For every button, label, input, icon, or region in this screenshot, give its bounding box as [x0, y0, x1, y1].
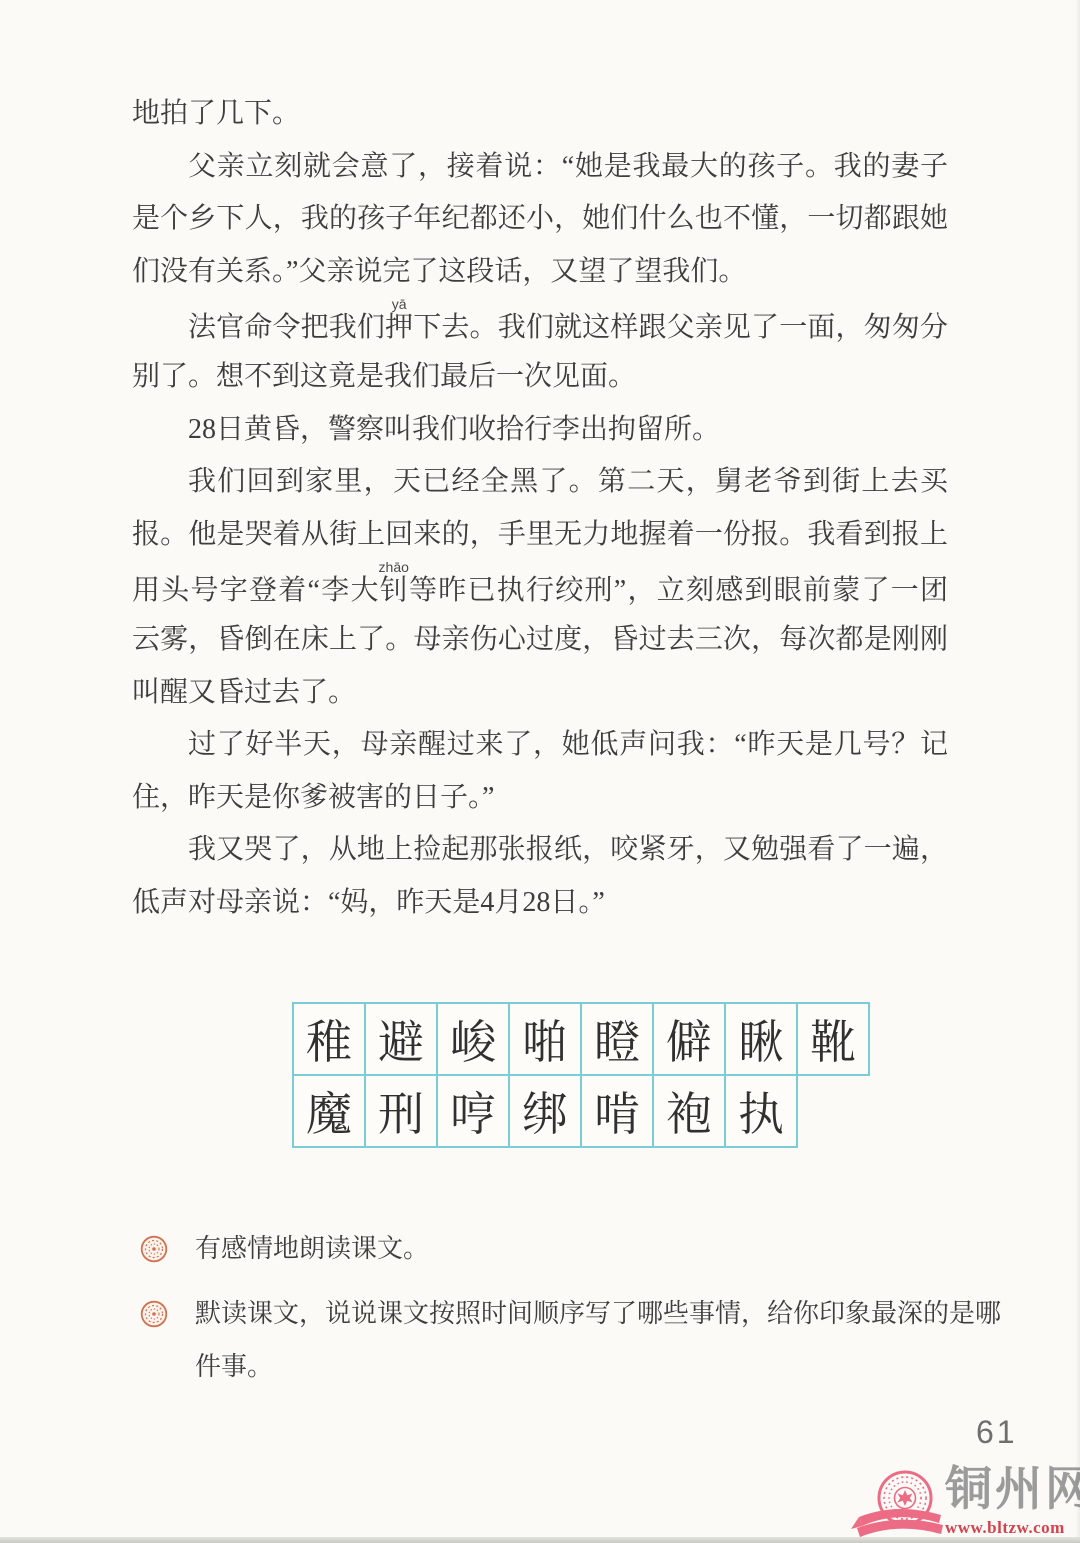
new-word-cell: 瞅 [724, 1002, 798, 1076]
text-line: 地拍了几下。 [132, 88, 948, 141]
new-word-cell: 僻 [652, 1002, 726, 1076]
new-words-grid: 稚避峻啪瞪僻瞅靴魔刑哼绑啃袍执 [292, 1002, 870, 1148]
exercise-text-line: 件事。 [195, 1340, 1017, 1393]
new-word-cell: 瞪 [580, 1002, 654, 1076]
text-line: 28日黄昏，警察叫我们收拾行李出拘留所。 [132, 404, 948, 457]
pinyin-annotated-char: 钊zhāo [380, 575, 408, 606]
text-line: 住，昨天是你爹被害的日子。” [132, 772, 948, 825]
grid-row: 稚避峻啪瞪僻瞅靴 [292, 1002, 870, 1076]
new-word-cell: 啃 [580, 1074, 654, 1148]
text-line: 云雾，昏倒在床上了。母亲伤心过度，昏过去三次，每次都是刚刚 [132, 614, 948, 667]
new-word-cell: 靴 [796, 1002, 870, 1076]
new-word-cell: 避 [364, 1002, 438, 1076]
text-line: 们没有关系。”父亲说完了这段话，又望了望我们。 [132, 246, 948, 299]
new-word-cell: 哼 [436, 1074, 510, 1148]
new-word-cell: 绑 [508, 1074, 582, 1148]
scan-edge-right [1075, 0, 1080, 1543]
paragraph: 我又哭了，从地上捡起那张报纸，咬紧牙，又勉强看了一遍，低声对母亲说：“妈，昨天是… [132, 824, 948, 929]
text-line: 父亲立刻就会意了，接着说：“她是我最大的孩子。我的妻子 [132, 141, 948, 194]
watermark-site-url: www.bltzw.com [945, 1518, 1080, 1538]
exercise-text-line: 有感情地朗读课文。 [195, 1222, 1017, 1275]
text-line: 法官命令把我们押yā下去。我们就这样跟父亲见了一面，匆匆分 [132, 298, 948, 351]
new-word-cell: 执 [724, 1074, 798, 1148]
new-word-cell: 啪 [508, 1002, 582, 1076]
new-word-cell: 袍 [652, 1074, 726, 1148]
pinyin-label: yā [385, 296, 413, 312]
lesson-text: 地拍了几下。父亲立刻就会意了，接着说：“她是我最大的孩子。我的妻子是个乡下人，我… [132, 88, 948, 930]
exercise-item: 默读课文，说说课文按照时间顺序写了哪些事情，给你印象最深的是哪件事。 [133, 1287, 1023, 1393]
watermark-site-name: 铜州网 [945, 1467, 1080, 1514]
watermark: 铜州网 www.bltzw.com [849, 1443, 1080, 1543]
rosette-bullet-icon [140, 1300, 168, 1328]
exercise-item: 有感情地朗读课文。 [133, 1222, 1023, 1275]
paragraph: 过了好半天，母亲醒过来了，她低声问我：“昨天是几号？记住，昨天是你爹被害的日子。… [132, 719, 948, 824]
exercise-text-line: 默读课文，说说课文按照时间顺序写了哪些事情，给你印象最深的是哪 [195, 1287, 1017, 1340]
text-line: 低声对母亲说：“妈，昨天是4月28日。” [132, 877, 948, 930]
exercise-bullet [133, 1287, 195, 1333]
watermark-text: 铜州网 www.bltzw.com [945, 1443, 1080, 1538]
exercises: 有感情地朗读课文。默读课文，说说课文按照时间顺序写了哪些事情，给你印象最深的是哪… [133, 1222, 1023, 1393]
paragraph: 28日黄昏，警察叫我们收拾行李出拘留所。 [132, 404, 948, 457]
new-word-cell: 刑 [364, 1074, 438, 1148]
text-line: 我们回到家里，天已经全黑了。第二天，舅老爷到街上去买 [132, 456, 948, 509]
textbook-page: 地拍了几下。父亲立刻就会意了，接着说：“她是我最大的孩子。我的妻子是个乡下人，我… [0, 0, 1080, 1543]
grid-row: 魔刑哼绑啃袍执 [292, 1074, 870, 1148]
watermark-seal-icon [849, 1443, 944, 1543]
text-line: 报。他是哭着从街上回来的，手里无力地握着一份报。我看到报上 [132, 509, 948, 562]
text-line: 是个乡下人，我的孩子年纪都还小，她们什么也不懂，一切都跟她 [132, 193, 948, 246]
text-line: 我又哭了，从地上捡起那张报纸，咬紧牙，又勉强看了一遍， [132, 824, 948, 877]
exercise-bullet [133, 1222, 195, 1268]
new-word-cell: 峻 [436, 1002, 510, 1076]
paragraph: 我们回到家里，天已经全黑了。第二天，舅老爷到街上去买报。他是哭着从街上回来的，手… [132, 456, 948, 719]
scan-edge-bottom [0, 1537, 1080, 1543]
pinyin-annotated-char: 押yā [385, 312, 413, 343]
rosette-bullet-icon [140, 1235, 168, 1263]
new-word-cell: 魔 [292, 1074, 366, 1148]
exercise-text: 有感情地朗读课文。 [195, 1222, 1017, 1275]
pinyin-label: zhāo [379, 559, 409, 575]
paragraph: 地拍了几下。 [132, 88, 948, 141]
new-word-cell: 稚 [292, 1002, 366, 1076]
paragraph: 法官命令把我们押yā下去。我们就这样跟父亲见了一面，匆匆分别了。想不到这竟是我们… [132, 298, 948, 403]
text-line: 叫醒又昏过去了。 [132, 667, 948, 720]
text-line: 用头号字登着“李大钊zhāo等昨已执行绞刑”，立刻感到眼前蒙了一团 [132, 561, 948, 614]
text-line: 过了好半天，母亲醒过来了，她低声问我：“昨天是几号？记 [132, 719, 948, 772]
text-line: 别了。想不到这竟是我们最后一次见面。 [132, 351, 948, 404]
exercise-text: 默读课文，说说课文按照时间顺序写了哪些事情，给你印象最深的是哪件事。 [195, 1287, 1017, 1393]
paragraph: 父亲立刻就会意了，接着说：“她是我最大的孩子。我的妻子是个乡下人，我的孩子年纪都… [132, 141, 948, 299]
